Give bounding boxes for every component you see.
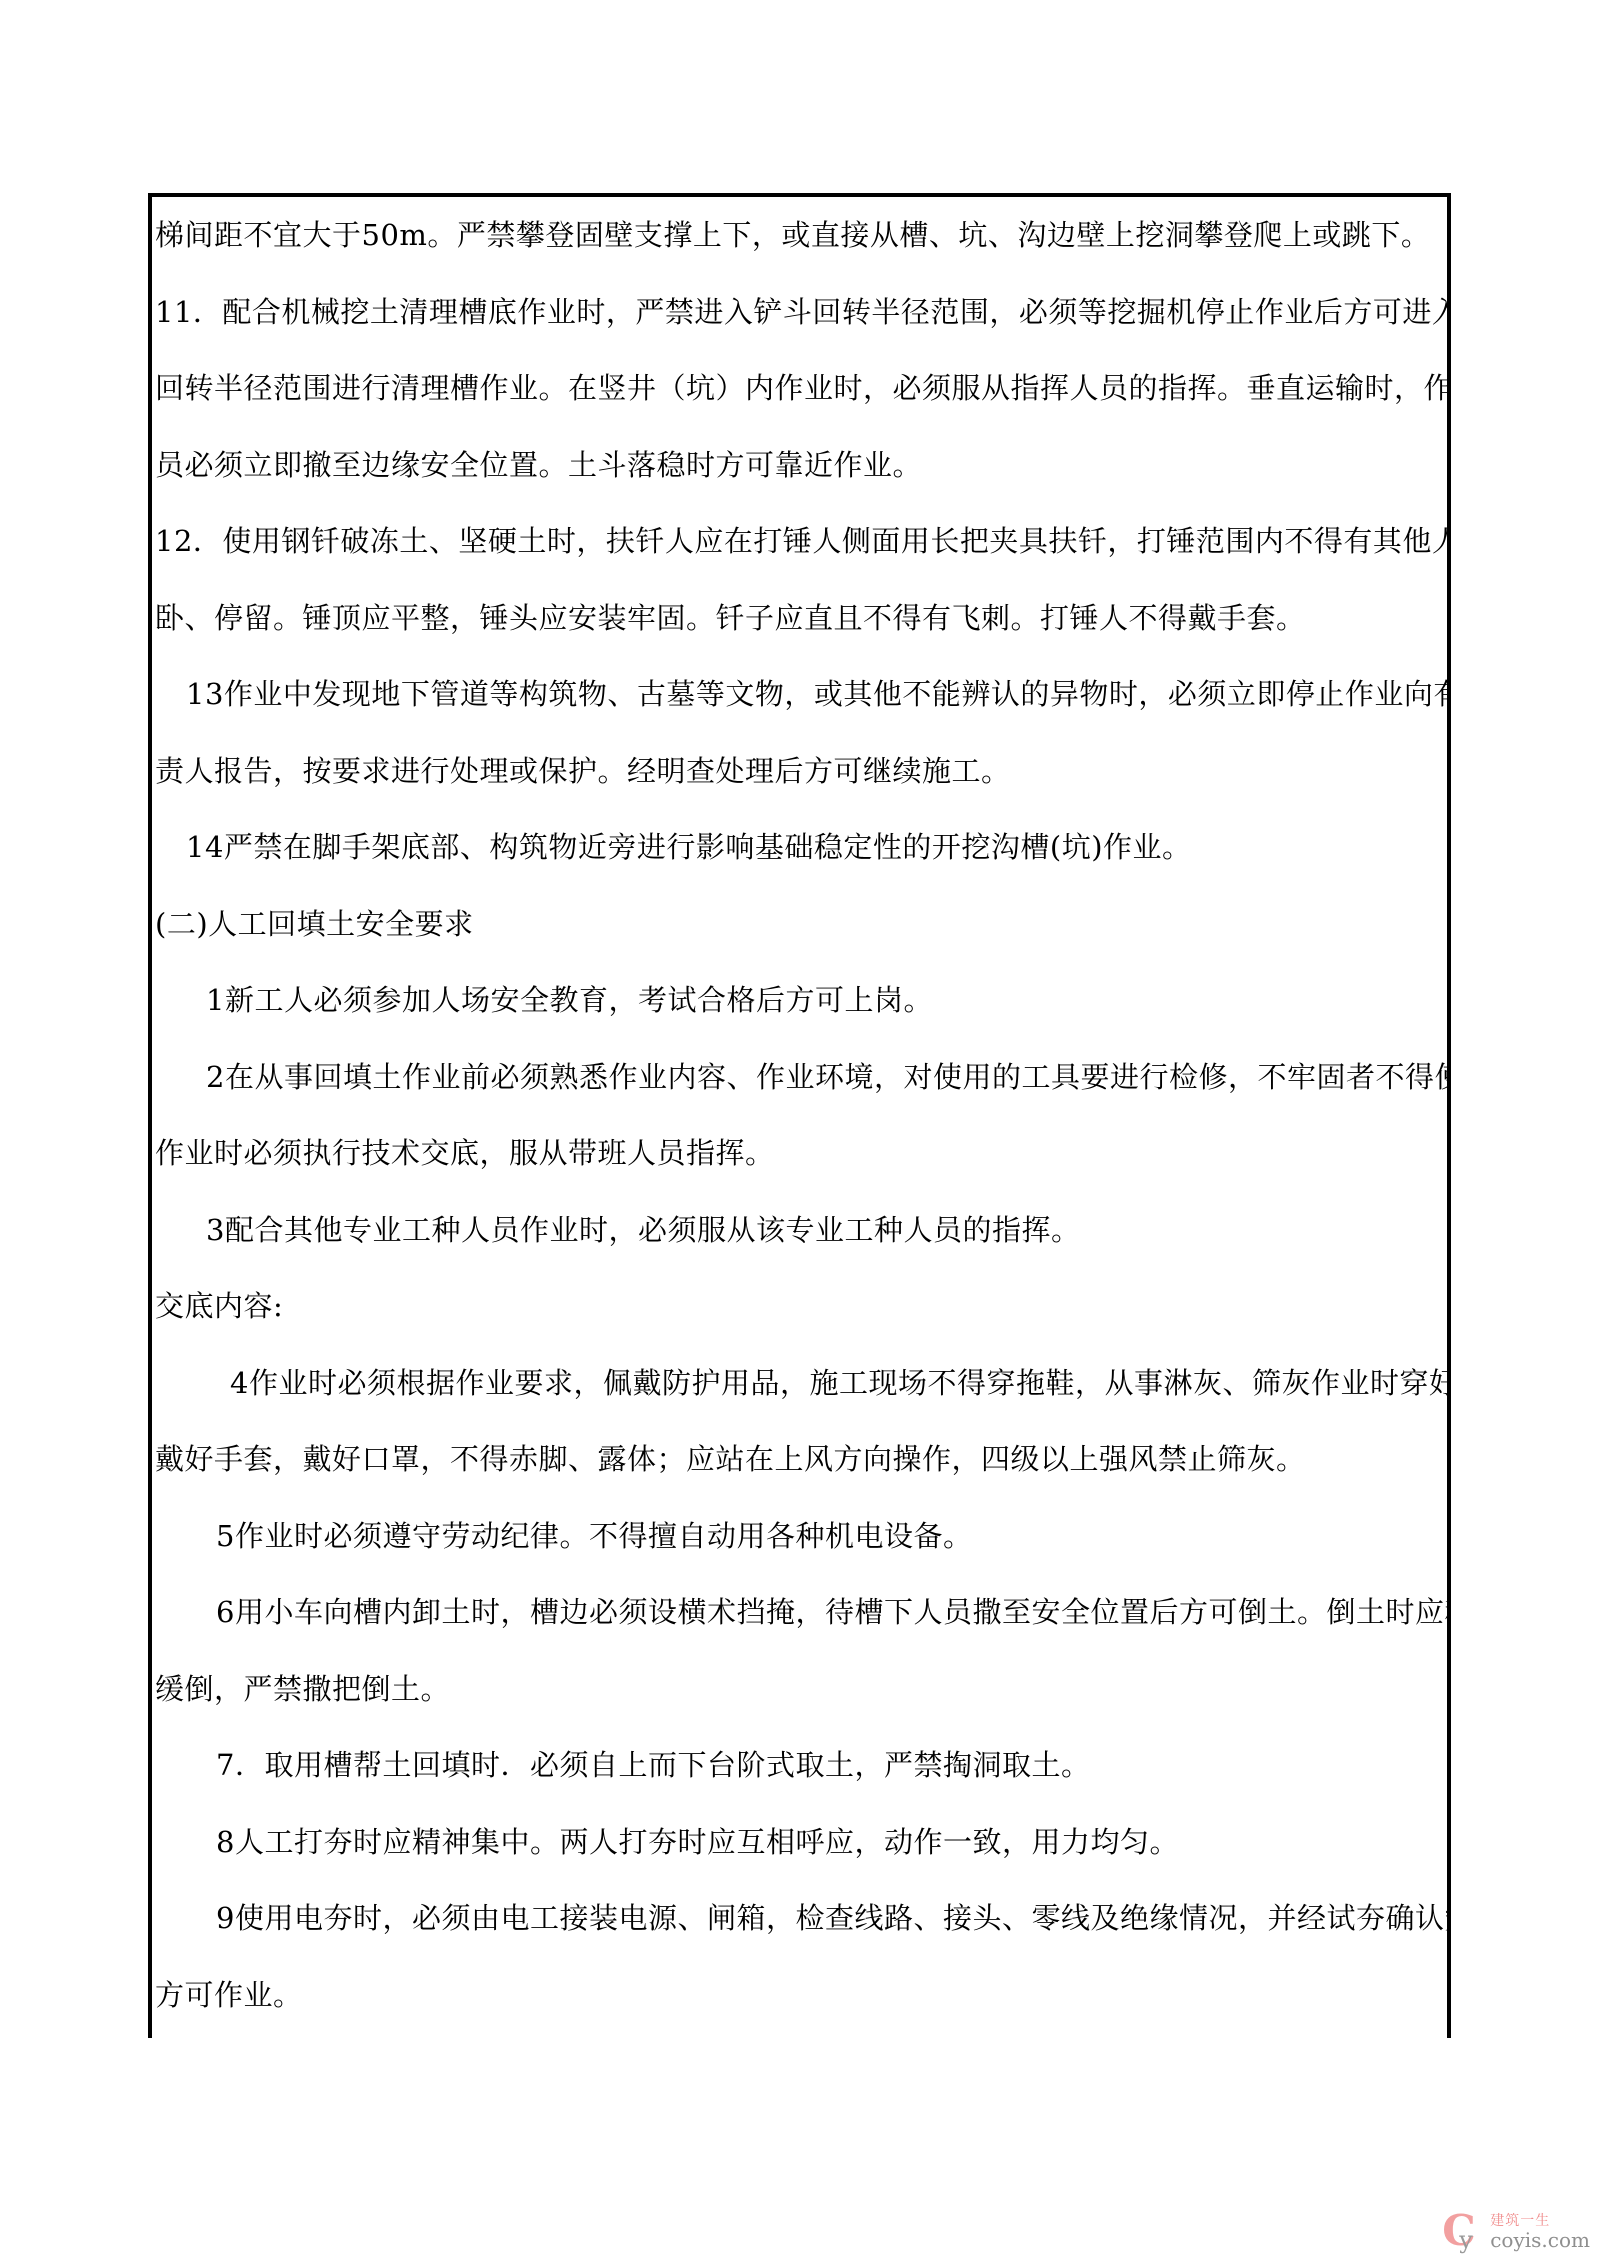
text-line: 回转半径范围进行清理槽作业。在竖井（坑）内作业时，必须服从指挥人员的指挥。垂直运…	[152, 350, 1447, 427]
text-line: 责人报告，按要求进行处理或保护。经明查处理后方可继续施工。	[152, 733, 1447, 810]
watermark-brand: 建筑一生	[1490, 2214, 1550, 2229]
text-line: 11．配合机械挖土清理槽底作业时，严禁进入铲斗回转半径范围，必须等挖掘机停止作业…	[152, 274, 1447, 351]
text-line: 1新工人必须参加人场安全教育，考试合格后方可上岗。	[152, 962, 1447, 1039]
text-line: 9使用电夯时，必须由电工接装电源、闸箱，检查线路、接头、零线及绝缘情况，并经试夯…	[152, 1880, 1447, 1957]
document-table-cell: 梯间距不宜大于50m。严禁攀登固壁支撑上下，或直接从槽、坑、沟边壁上挖洞攀登爬上…	[148, 193, 1451, 2038]
text-line: 4作业时必须根据作业要求，佩戴防护用品，施工现场不得穿拖鞋，从事淋灰、筛灰作业时…	[152, 1345, 1447, 1422]
text-line: 员必须立即撤至边缘安全位置。土斗落稳时方可靠近作业。	[152, 427, 1447, 504]
text-line: 7．取用槽帮土回填时．必须自上而下台阶式取土，严禁掏洞取土。	[152, 1727, 1447, 1804]
text-line: 12．使用钢钎破冻土、坚硬土时，扶钎人应在打锤人侧面用长把夹具扶钎，打锤范围内不…	[152, 503, 1447, 580]
watermark: C y 建筑一生 coyis.com	[1442, 2214, 1590, 2256]
watermark-text: 建筑一生 coyis.com	[1490, 2214, 1590, 2251]
text-line: 5作业时必须遵守劳动纪律。不得擅自动用各种机电设备。	[152, 1498, 1447, 1575]
text-line: 梯间距不宜大于50m。严禁攀登固壁支撑上下，或直接从槽、坑、沟边壁上挖洞攀登爬上…	[152, 197, 1447, 274]
text-line: 6用小车向槽内卸土时，槽边必须设横术挡掩，待槽下人员撒至安全位置后方可倒土。倒土…	[152, 1574, 1447, 1651]
text-line: 方可作业。	[152, 1957, 1447, 2034]
text-line: 交底内容:	[152, 1268, 1447, 1345]
logo-letter-y: y	[1459, 2228, 1473, 2252]
text-line: 14严禁在脚手架底部、构筑物近旁进行影响基础稳定性的开挖沟槽(坑)作业。	[152, 809, 1447, 886]
text-line: 作业时必须执行技术交底，服从带班人员指挥。	[152, 1115, 1447, 1192]
text-line: 卧、停留。锤顶应平整，锤头应安装牢固。钎子应直且不得有飞刺。打锤人不得戴手套。	[152, 580, 1447, 657]
text-line: 8人工打夯时应精神集中。两人打夯时应互相呼应，动作一致，用力均匀。	[152, 1804, 1447, 1881]
watermark-site: coyis.com	[1490, 2229, 1590, 2251]
text-line: (二)人工回填土安全要求	[152, 886, 1447, 963]
coyis-logo-icon: C y	[1442, 2214, 1482, 2256]
text-line: 2在从事回填土作业前必须熟悉作业内容、作业环境，对使用的工具要进行检修，不牢固者…	[152, 1039, 1447, 1116]
text-line: 3配合其他专业工种人员作业时，必须服从该专业工种人员的指挥。	[152, 1192, 1447, 1269]
text-line: 13作业中发现地下管道等构筑物、古墓等文物，或其他不能辨认的异物时，必须立即停止…	[152, 656, 1447, 733]
text-line: 缓倒，严禁撒把倒土。	[152, 1651, 1447, 1728]
text-line: 戴好手套，戴好口罩，不得赤脚、露体；应站在上风方向操作，四级以上强风禁止筛灰。	[152, 1421, 1447, 1498]
document-page: 梯间距不宜大于50m。严禁攀登固壁支撑上下，或直接从槽、坑、沟边壁上挖洞攀登爬上…	[0, 0, 1600, 2262]
